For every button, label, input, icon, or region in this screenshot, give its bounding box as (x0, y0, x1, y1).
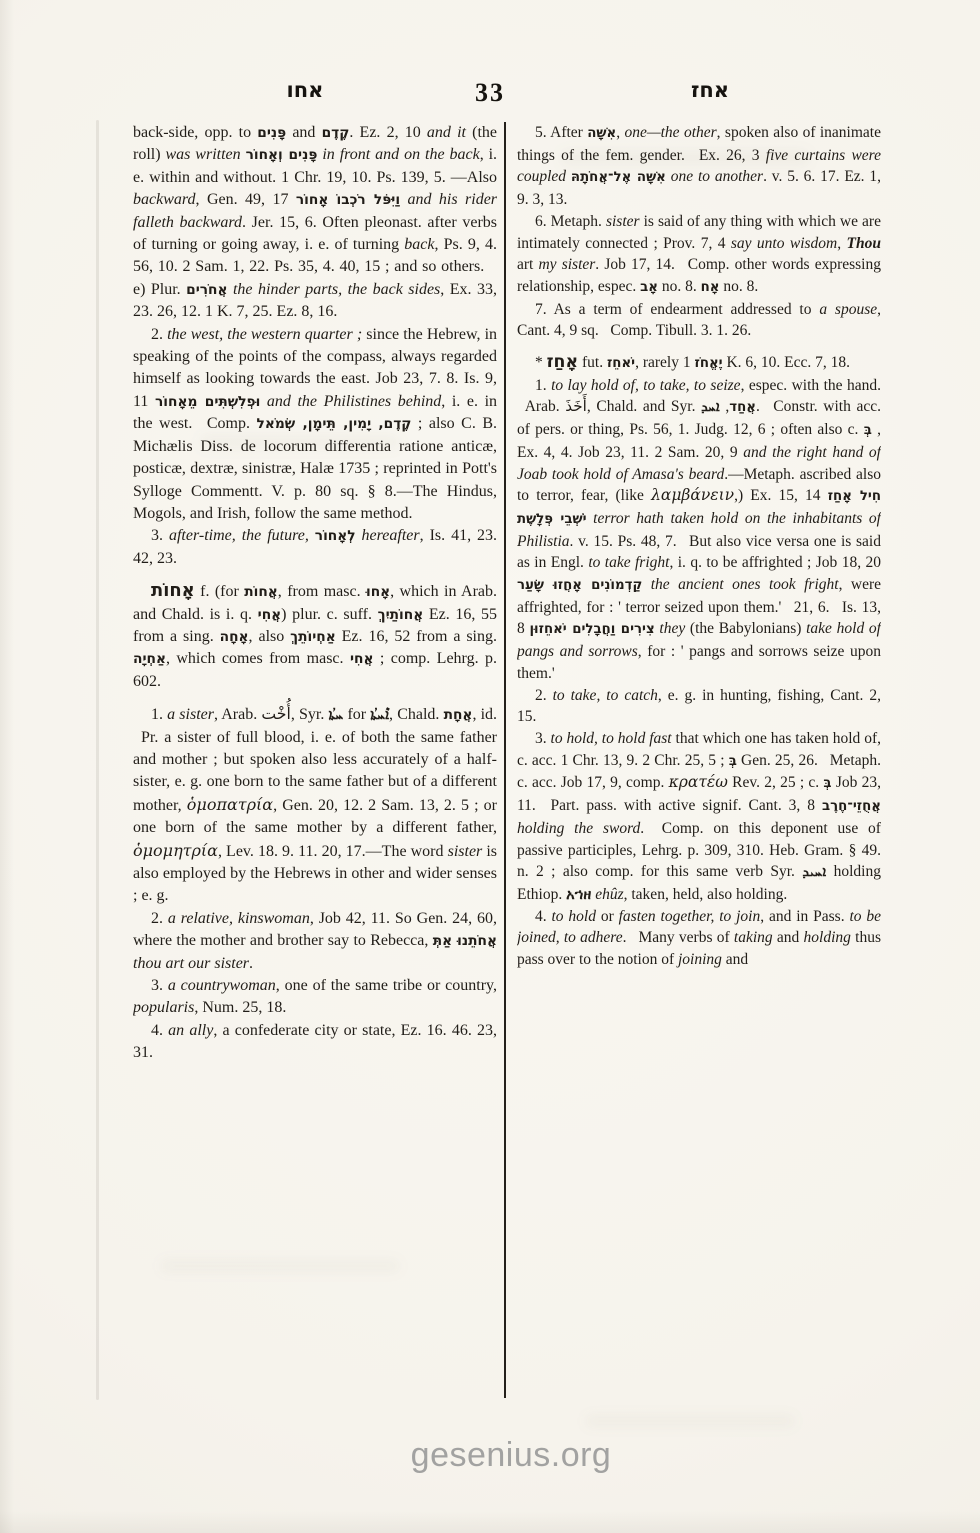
hebrew-text: אֲחָת (444, 707, 473, 723)
paragraph: 2. a relative, kinswoman, Job 42, 11. So… (133, 908, 497, 975)
body-text-italic: to take fright (588, 554, 669, 571)
body-text-italic: a spouse (819, 301, 877, 318)
body-text-italic: they (659, 620, 685, 637)
body-text-italic: the west, the western quarter ; (167, 326, 362, 343)
hebrew-headword: אָחוֹת (151, 580, 195, 601)
hebrew-text: לְאָחוֹר (315, 528, 356, 544)
body-text (260, 393, 267, 410)
greek-text: κρατέω (669, 773, 728, 791)
body-text: fut. (578, 354, 607, 371)
body-text: , Lev. 18. 9. 11. 20, 17.—The word (218, 843, 448, 860)
body-text: , which comes from masc. (166, 650, 350, 667)
paragraph: * אָחַז fut. יֹאחֵז, rarely יֶאֱחֹז 1 K.… (517, 352, 881, 375)
body-text-italic: joining (678, 951, 722, 968)
body-text-italic: back (404, 236, 434, 253)
body-text-italic: to hold (551, 908, 595, 925)
hebrew-text: אֲחוֹת (244, 584, 278, 600)
hebrew-text: אֲחֹרִים (186, 282, 227, 298)
body-text: , i. q. to be affrighted ; Job 18, 20 (669, 554, 881, 571)
hebrew-text: בְּ (823, 776, 831, 791)
body-text: , and in Pass. (760, 908, 849, 925)
body-text: , Chald. (389, 706, 444, 723)
body-text: 1. (151, 706, 167, 723)
arabic-text: أُخْت (261, 704, 290, 723)
running-head: אחו 33 אחז (0, 78, 980, 114)
paragraph: אָחוֹת f. (for אֲחוֹת, from masc. אָחוּ,… (133, 580, 497, 693)
text-columns: back-side, opp. to פָּנִים and קֶדֶם. Ez… (133, 122, 881, 1402)
hebrew-text: בְּ (729, 754, 737, 769)
body-text: , rarely (635, 354, 683, 371)
body-text: 6. Metaph. (535, 213, 606, 230)
hebrew-text: קֶדֶם (322, 125, 350, 141)
body-text-italic: my sister (538, 256, 595, 273)
hebrew-text: אֲחִי (350, 651, 374, 667)
paragraph: 5. After אִשָּׁה, one—the other, spoken … (517, 122, 881, 211)
hebrew-text: יֹאחֵז (607, 356, 635, 371)
body-text-italic: to lay hold of, to take, to seize (551, 377, 741, 394)
body-text-italic: ehûz (595, 886, 623, 903)
body-text: for (343, 706, 370, 723)
paragraph: 4. to hold or fasten together, to join, … (517, 906, 881, 971)
body-text: 2. (535, 687, 553, 704)
body-text-italic: holding (804, 929, 851, 946)
body-text: f. (for (195, 583, 245, 600)
greek-text: ὁμομητρία (133, 841, 218, 860)
body-text: , from masc. (278, 583, 366, 600)
hebrew-text: פָּנִים וְאָחוֹר (246, 147, 318, 163)
body-text-italic: a relative, kinswoman (168, 910, 310, 927)
body-text: , Arab. (214, 706, 261, 723)
left-column: back-side, opp. to פָּנִים and קֶדֶם. Ez… (133, 122, 497, 1402)
body-text (642, 576, 650, 593)
hebrew-text: אֲחֻזֵי־חֶרֶב (822, 799, 881, 814)
body-text-italic: one to another (671, 168, 763, 185)
body-text-italic: and the Philistines behind (267, 393, 441, 410)
syriac-text: ܚܬܳܐ (328, 707, 343, 723)
running-head-right-hebrew: אחז (660, 78, 760, 102)
body-text: 7. As a term of endearment addressed to (535, 301, 819, 318)
ethiopic-text: አኀዘ (566, 886, 591, 903)
body-text: * (535, 354, 547, 371)
right-column: 5. After אִשָּׁה, one—the other, spoken … (517, 122, 881, 1402)
body-text: 2. (151, 910, 168, 927)
page-number: 33 (430, 78, 550, 108)
body-text-italic: say unto wisdom (731, 235, 837, 252)
hebrew-text: צִירִים וַחֲבָלִים יֹאחֵזוּן (529, 622, 654, 637)
syriac-text: ܐܚܕ (701, 399, 720, 415)
body-text-italic: a sister (167, 706, 214, 723)
hebrew-text: אֲחִי (258, 607, 282, 623)
running-head-left-hebrew: אחו (255, 78, 355, 102)
body-text-italic: backward (133, 191, 196, 208)
hebrew-text: אֲחוֹתַיִךְ (378, 607, 424, 623)
hebrew-text: אַחְיָה (133, 651, 166, 667)
hebrew-text: וּפְלִשְׁתִּים מֵאָחוֹר (155, 394, 260, 410)
body-text-italic: to take, to catch (553, 687, 658, 704)
body-text: 4. (535, 908, 552, 925)
body-text: and (722, 951, 748, 968)
hebrew-text: וַיִּפֹּל רֹכְבוֹ אָחוֹר (296, 192, 400, 208)
body-text-italic: fasten together, to join (619, 908, 761, 925)
body-text: . Ez. 2, 10 (349, 124, 427, 141)
bleedthrough-smudge (585, 1415, 795, 1427)
body-text: art (517, 256, 539, 273)
hebrew-text: קַדְמוֹנִים אָחֲזוּ שָׂעַר (517, 578, 642, 593)
paragraph: 1. to lay hold of, to take, to seize, es… (517, 375, 881, 685)
greek-text: ὁμοπατρία (187, 795, 273, 814)
body-text: , also (249, 628, 291, 645)
body-text: ,) Ex. 15, 14 (734, 487, 828, 504)
body-text: . Many verbs of (623, 929, 734, 946)
hebrew-text: אָח (701, 280, 720, 295)
body-text-italic: in front and on the back (322, 146, 479, 163)
hebrew-text: בְּ (864, 423, 872, 438)
body-text-italic: an ally (168, 1022, 213, 1039)
hebrew-text: אֲחַד (729, 400, 756, 415)
body-text: 2. (151, 326, 167, 343)
hebrew-text: פָּנִים (257, 125, 286, 141)
body-text: , (837, 235, 846, 252)
body-text: , Gen. 49, 17 (196, 191, 296, 208)
body-text-italic: hereafter (362, 527, 420, 544)
body-text: . (249, 955, 253, 972)
body-text: and (773, 929, 804, 946)
body-text: 3. (151, 977, 168, 994)
body-text-italic: sister (606, 213, 640, 230)
body-text-italic: and it (427, 124, 466, 141)
body-text-italic: one—the other (624, 124, 716, 141)
body-text: Rev. 2, 25 ; c. (728, 774, 824, 791)
hebrew-headword: אָחַז (547, 352, 579, 372)
hebrew-text: אַחְיוֹתֵךְ (290, 629, 336, 645)
body-text: and (286, 124, 321, 141)
paragraph: 3. after-time, the future, לְאָחוֹר here… (133, 525, 497, 570)
body-text: or (596, 908, 619, 925)
body-text: , one of the same tribe or country, (276, 977, 497, 994)
body-text: back-side, opp. to (133, 124, 257, 141)
hebrew-text: קֶדֶם, יָמִין, תֵּימָן, שְׂמֹאל (257, 416, 412, 432)
hebrew-text: אִשָּׁה אֶל־אֲחֹתָהּ (571, 170, 666, 185)
body-text-italic: the hinder parts, the back sides (233, 281, 440, 298)
scan-edge-artifact (96, 120, 99, 1400)
paragraph: back-side, opp. to פָּנִים and קֶדֶם. Ez… (133, 122, 497, 324)
body-text-italic: holding the sword (517, 820, 640, 837)
body-text: (the Babylonians) (685, 620, 806, 637)
hebrew-text: אָב (640, 280, 658, 295)
hebrew-text: יֶאֱחֹז (694, 356, 722, 371)
body-text: 3. (535, 730, 551, 747)
body-text: Ez. 16, 52 from a sing. (336, 628, 497, 645)
body-text: 5. After (535, 124, 587, 141)
body-text: , (720, 398, 730, 415)
paragraph: 1. a sister, Arab. أُخْت, Syr. ܚܬܳܐ for … (133, 703, 497, 908)
hebrew-text: אָחָה (220, 629, 249, 645)
paragraph: 7. As a term of endearment addressed to … (517, 299, 881, 342)
paragraph: 6. Metaph. sister is said of any thing w… (517, 211, 881, 299)
body-text: no. 8. (719, 278, 758, 295)
body-text: ) plur. c. suff. (281, 606, 377, 623)
body-text: no. 8. (658, 278, 701, 295)
body-text-bold-italic: Thou (847, 235, 881, 252)
body-text-italic: a countrywoman (168, 977, 276, 994)
paragraph: 2. to take, to catch, e. g. in hunting, … (517, 685, 881, 728)
syriac-text: ܐܚܝܕ (802, 864, 826, 880)
column-divider (504, 122, 506, 1398)
book-page: אחו 33 אחז back-side, opp. to פָּנִים an… (0, 0, 980, 1533)
paragraph: 3. a countrywoman, one of the same tribe… (133, 975, 497, 1020)
hebrew-text: אֲחֹתֵנוּ אַתְּ (433, 933, 497, 949)
paragraph: 2. the west, the western quarter ; since… (133, 324, 497, 526)
arabic-text: أَخَذَ (565, 397, 587, 415)
body-text-italic: after-time, the future, (169, 527, 309, 544)
hebrew-text: אִשָּׁה (587, 126, 616, 141)
body-text-italic: the ancient ones took fright (651, 576, 839, 593)
body-text-italic: to hold, to hold fast (551, 730, 672, 747)
body-text: , Syr. (291, 706, 329, 723)
body-text: 4. (151, 1022, 168, 1039)
body-text: , Num. 25, 18. (194, 999, 286, 1016)
watermark-url: gesenius.org (0, 1436, 980, 1475)
hebrew-text: אָחוּ (366, 584, 390, 600)
body-text-italic: popularis (133, 999, 194, 1016)
body-text: , Chald. and Syr. (587, 398, 701, 415)
body-text-italic: thou art our sister (133, 955, 249, 972)
body-text: 1. (535, 377, 551, 394)
body-text-italic: sister (448, 843, 483, 860)
greek-text: λαμβάνειν (651, 486, 734, 504)
body-text-italic: was written (165, 146, 240, 163)
body-text: , taken, held, also holding. (624, 886, 788, 903)
paragraph: 4. an ally, a confederate city or state,… (133, 1020, 497, 1065)
body-text (400, 191, 407, 208)
body-text-italic: taking (734, 929, 773, 946)
body-text: 3. (151, 527, 169, 544)
paragraph: 3. to hold, to hold fast that which one … (517, 728, 881, 906)
syriac-text: ܐܶܚܬܳܐ (370, 707, 389, 723)
